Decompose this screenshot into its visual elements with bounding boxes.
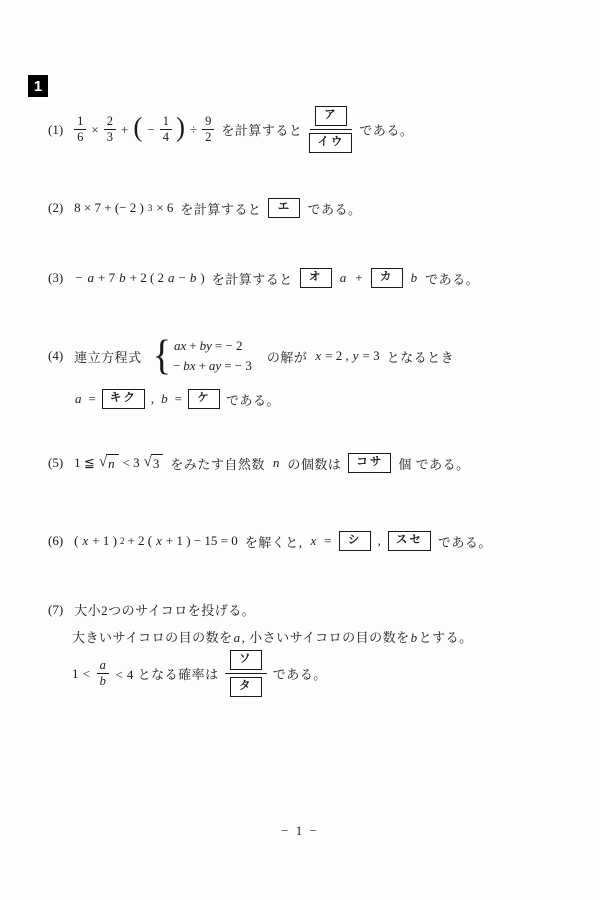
section-number-badge: 1 xyxy=(28,75,48,97)
solution-values: x = 2 , y = 3 xyxy=(314,348,379,364)
right-paren: ) xyxy=(200,270,204,286)
minus-sign: − xyxy=(146,122,155,138)
fraction-numerator: 2 xyxy=(104,115,116,130)
equals-rhs: = − 2 xyxy=(215,338,243,355)
fraction-2-3: 2 3 xyxy=(104,115,116,144)
system-brace: { xyxy=(153,335,171,377)
answer-box-a: ア xyxy=(315,106,347,126)
right-paren: ) xyxy=(176,115,185,139)
problem-3-text-end: である。 xyxy=(425,269,479,288)
equals-sign: = xyxy=(175,391,182,407)
problem-2-expression: 8 × 7 + (− 2 )3 × 6 xyxy=(74,200,173,216)
problem-5-text-1: をみたす自然数 xyxy=(170,454,265,473)
expression-segment: + 1 ) xyxy=(92,533,117,549)
plus-operator: + xyxy=(189,338,196,355)
line-2-text-b: , 小さいサイコロの目の数を xyxy=(242,630,410,645)
variable-x: x xyxy=(82,533,90,549)
minus-sign: − xyxy=(173,358,180,375)
variable-x: x xyxy=(155,533,163,549)
answer-box-e: エ xyxy=(268,198,300,218)
plus-operator: + xyxy=(199,358,206,375)
divide-operator: ÷ xyxy=(189,122,198,138)
answer-fraction-numerator: ア xyxy=(310,106,352,130)
fraction-1-4: 1 4 xyxy=(160,115,172,144)
line-2-text-a: 大きいサイコロの目の数を xyxy=(72,630,233,645)
problem-1-expression: 1 6 × 2 3 + ( − 1 4 ) ÷ 9 2 xyxy=(74,115,214,144)
exam-page: 1 (1) 1 6 × 2 3 + ( − 1 4 ) ÷ 9 2 xyxy=(0,0,600,900)
variable-a: a xyxy=(167,270,176,286)
fraction-denominator: 2 xyxy=(205,130,211,144)
page-number: − 1 − xyxy=(0,823,600,839)
problem-1: (1) 1 6 × 2 3 + ( − 1 4 ) ÷ 9 2 xyxy=(48,106,413,153)
comma: , xyxy=(151,391,154,407)
answer-fraction-numerator: ソ xyxy=(225,650,267,674)
problem-7-text-end: である。 xyxy=(273,664,327,683)
sqrt-3: √ 3 xyxy=(144,454,164,472)
problem-7: (7) 大小2つのサイコロを投げる。 xyxy=(48,600,255,619)
answer-box-kosa: コサ xyxy=(348,453,391,473)
problem-5-text-end: 個 である。 xyxy=(398,454,469,473)
expression-segment: + 7 xyxy=(98,270,115,286)
expression-segment: + 1 ) − 15 = 0 xyxy=(166,533,238,549)
problem-6: (6) (x+ 1 )2 + 2 (x+ 1 ) − 15 = 0 を解くと, … xyxy=(48,531,492,551)
problem-6-text-middle: を解くと, xyxy=(245,532,303,551)
answer-fraction-denominator: タ xyxy=(230,674,262,697)
problem-6-text-end: である。 xyxy=(438,532,492,551)
sqrt-n: √ n xyxy=(99,454,119,472)
equals-sign: = xyxy=(89,391,96,407)
problem-2-label: (2) xyxy=(48,200,63,216)
inequality-middle: < 3 xyxy=(123,455,140,471)
answer-box-so: ソ xyxy=(230,650,262,670)
problem-1-text-end: である。 xyxy=(359,120,413,139)
answer-fraction-denominator: イウ xyxy=(309,130,352,153)
problem-2-text-middle: を計算すると xyxy=(180,199,261,218)
system-equations: ax + by = − 2 − bx + ay = − 3 xyxy=(173,338,252,375)
variable-y: y xyxy=(352,348,360,364)
equation-system: { ax + by = − 2 − bx + ay = − 3 xyxy=(149,337,252,375)
answer-box-kiku: キク xyxy=(102,389,145,409)
answer-fraction: ソ タ xyxy=(225,650,267,697)
problem-6-equation: (x+ 1 )2 + 2 (x+ 1 ) − 15 = 0 xyxy=(74,533,238,549)
variable-x: x xyxy=(310,533,318,549)
problem-1-text-middle: を計算すると xyxy=(221,120,302,139)
term-bx: bx xyxy=(182,358,196,375)
variable-b: b xyxy=(189,270,198,286)
problem-3-text-middle: を計算すると xyxy=(212,269,293,288)
term-ay: ay xyxy=(208,358,222,375)
answer-box-iu: イウ xyxy=(309,133,352,153)
x-value: = 2 , xyxy=(325,348,349,364)
problem-6-label: (6) xyxy=(48,533,63,549)
problem-4-answer-line: a = キク , b = ケ である。 xyxy=(74,389,280,409)
problem-4-text-cond: となるとき xyxy=(387,347,455,366)
fraction-1-6: 1 6 xyxy=(74,115,86,144)
variable-a: a xyxy=(339,270,348,286)
left-paren: ( xyxy=(74,533,78,549)
variable-n: n xyxy=(272,455,281,471)
fraction-a-b: a b xyxy=(97,659,110,688)
expression-head: 8 × 7 + (− 2 ) xyxy=(74,200,144,216)
variable-b: b xyxy=(410,630,419,645)
problem-3: (3) −a + 7b + 2 ( 2a −b ) を計算すると オa+ カb … xyxy=(48,268,479,288)
expression-tail: × 6 xyxy=(156,200,173,216)
fraction-numerator: a xyxy=(97,659,110,674)
equals-sign: = xyxy=(324,533,331,549)
problem-5: (5) 1 ≦ √ n < 3 √ 3 をみたす自然数 n の個数は コサ 個 … xyxy=(48,453,470,473)
radicand-n: n xyxy=(106,454,119,472)
inequality-lead: 1 ≦ xyxy=(74,455,95,471)
problem-5-label: (5) xyxy=(48,455,63,471)
fraction-denominator: 3 xyxy=(107,130,113,144)
problem-5-inequality: 1 ≦ √ n < 3 √ 3 xyxy=(74,454,163,472)
minus-sign: − xyxy=(179,270,186,286)
problem-5-text-2: の個数は xyxy=(287,454,341,473)
answer-box-shi: シ xyxy=(339,531,371,551)
fraction-denominator: 4 xyxy=(163,130,169,144)
problem-4-text-after: の解が xyxy=(267,347,308,366)
y-value: = 3 xyxy=(363,348,380,364)
equation-2: − bx + ay = − 3 xyxy=(173,358,252,375)
fraction-numerator: 1 xyxy=(160,115,172,130)
radicand-3: 3 xyxy=(151,454,164,472)
answer-box-ke: ケ xyxy=(188,389,220,409)
variable-b: b xyxy=(410,270,419,286)
answer-fraction: ア イウ xyxy=(309,106,352,153)
equals-rhs: = − 3 xyxy=(224,358,252,375)
problem-1-label: (1) xyxy=(48,122,63,138)
problem-7-text-middle: < 4 となる確率は xyxy=(115,664,218,683)
plus-operator: + xyxy=(120,122,129,138)
variable-a: a xyxy=(87,270,96,286)
expression-segment: + 2 ( xyxy=(127,533,152,549)
inequality-lead: 1 < xyxy=(72,666,91,682)
comma: , xyxy=(378,533,381,549)
variable-a: a xyxy=(233,630,242,645)
fraction-denominator: b xyxy=(99,674,108,688)
problem-3-expression: −a + 7b + 2 ( 2a −b ) xyxy=(74,270,205,286)
variable-a: a xyxy=(74,391,83,407)
variable-b: b xyxy=(118,270,127,286)
problem-2-text-end: である。 xyxy=(307,199,361,218)
fraction-9-2: 9 2 xyxy=(202,115,214,144)
problem-3-label: (3) xyxy=(48,270,63,286)
problem-7-line-3: 1 < a b < 4 となる確率は ソ タ である。 xyxy=(72,650,327,697)
answer-box-o: オ xyxy=(300,268,332,288)
line-2-text-c: とする。 xyxy=(419,630,473,645)
variable-b: b xyxy=(160,391,169,407)
fraction-numerator: 1 xyxy=(74,115,86,130)
fraction-numerator: 9 xyxy=(202,115,214,130)
expression-segment: + 2 ( 2 xyxy=(130,270,164,286)
equation-1: ax + by = − 2 xyxy=(173,338,252,355)
answer-box-ka: カ xyxy=(371,268,403,288)
problem-7-line-1: 大小2つのサイコロを投げる。 xyxy=(74,600,255,619)
left-paren: ( xyxy=(133,115,142,139)
plus-operator: + xyxy=(354,270,363,286)
answer-box-ta: タ xyxy=(230,677,262,697)
problem-4: (4) 連立方程式 { ax + by = − 2 − bx + ay = − … xyxy=(48,337,454,375)
term-ax: ax xyxy=(173,338,187,355)
answer-box-suse: スセ xyxy=(388,531,431,551)
problem-4-intro: 連立方程式 xyxy=(74,347,142,366)
fraction-denominator: 6 xyxy=(77,130,83,144)
minus-sign: − xyxy=(74,270,83,286)
problem-2: (2) 8 × 7 + (− 2 )3 × 6 を計算すると エ である。 xyxy=(48,198,361,218)
problem-7-label: (7) xyxy=(48,602,63,618)
problem-7-line-2: 大きいサイコロの目の数をa, 小さいサイコロの目の数をbとする。 xyxy=(72,627,473,646)
problem-4-text-end: である。 xyxy=(226,390,280,409)
problem-4-label: (4) xyxy=(48,348,63,364)
multiply-operator: × xyxy=(90,122,99,138)
term-by: by xyxy=(199,338,213,355)
variable-x: x xyxy=(314,348,322,364)
